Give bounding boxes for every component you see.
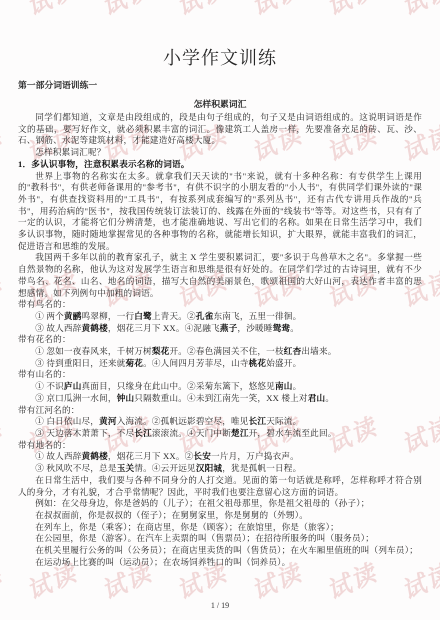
paragraph: 在机关里履行公务的叫（公务员）；在商店里卖货的叫（售货员）；在火车厢里值班的叫（… [18, 545, 422, 557]
text-segment: 。 [290, 323, 299, 333]
text-segment: 在日常生活中，我们要与各种不同身分的人打交道。见面的第一句话就是称呼，怎样称呼才… [18, 475, 422, 497]
paragraph: ③ 天边落木萧萧下，不尽长江滚滚流。④天门中断楚江开，碧水车流至此回。 [18, 428, 422, 440]
text-segment: 例如：在父母身边，你是爸妈的（儿子）；在祖父祖母那里，你是祖父祖母的（孙子）； [35, 498, 369, 508]
paragraph: ③ 故人西辞黄鹤楼，烟花三月下 XX。④泥融飞燕子，沙暖睡鸳鸯。 [18, 323, 422, 335]
paragraph: 带有鸟名的： [18, 299, 422, 311]
paragraph: 在列车上，你是（乘客）；在商店里，你是（顾客）；在旅馆里，你是（旅客）； [18, 522, 422, 534]
page-number: 1 / 19 [0, 601, 440, 610]
text-segment: ① 故人西辞 [35, 451, 81, 461]
text-segment: 。 [293, 381, 302, 391]
paragraph: 世界上事物的名称实在太多。就拿我们天天读的"书"来说，就有十多种名称：有专供学生… [18, 171, 422, 253]
paragraph: 我国两千多年以前的教育家孔子，就主 X 学生要积累词汇，要"多识于鸟兽草木之名"… [18, 252, 422, 299]
paragraph: 怎样积累词汇呢？ [18, 147, 422, 159]
trial-watermark: 试读 [95, 0, 157, 22]
text-segment: 东南飞，五里一徘徊。 [213, 311, 301, 321]
highlighted-term: 黄鹤楼 [82, 451, 108, 461]
text-segment: 同学们都知道，文章是由段组成的，段是由句子组成的，句子又是由词语组成的。这说明词… [18, 112, 422, 145]
text-segment: 一片月，万户捣衣声。 [211, 451, 299, 461]
paragraph: 带有山名的： [18, 369, 422, 381]
text-segment: 始盛开。 [266, 358, 301, 368]
text-segment: 在列车上，你是（乘客）；在商店里，你是（顾客）；在旅馆里，你是（旅客）； [35, 522, 339, 532]
section-heading: 第一部分词语训练一 [18, 78, 422, 91]
paragraph: 1．多认识事物，注意积累表示名称的词语。 [18, 159, 422, 171]
text-segment: 在机关里履行公务的叫（公务员）；在商店里卖货的叫（售货员）；在火车厢里值班的叫（… [35, 545, 418, 555]
text-segment: 带有山名的： [18, 369, 71, 379]
highlighted-term: 燕子 [220, 323, 238, 333]
paragraph: 带有地名的： [18, 440, 422, 452]
text-segment: 入海流。②孤帆远影碧空尽，唯见 [117, 416, 249, 426]
text-segment: ③ 秋风吹不尽，总是 [35, 463, 117, 473]
trial-watermark: 试读 [170, 0, 232, 22]
highlighted-term: 长江 [134, 428, 152, 438]
highlighted-term: 钟山 [117, 393, 135, 403]
highlighted-term: 长安 [193, 451, 211, 461]
highlighted-term: 桃花 [249, 358, 267, 368]
trial-watermark: 试读 [0, 115, 7, 168]
text-segment: ③ 待到重阳日，还来就 [35, 358, 125, 368]
text-segment: 。 [325, 393, 334, 403]
paragraph: 带有江河名的： [18, 405, 422, 417]
text-segment: 带有花名的： [18, 334, 71, 344]
text-segment: 在运动场上比赛的叫（运动员）；在农场饲养牲口的叫（饲养员）。 [35, 557, 290, 567]
paragraph: ③ 京口瓜洲一水间，钟山只隔数重山。④未到江南先一笑，XX 楼上对君山。 [18, 393, 422, 405]
text-segment: 我国两千多年以前的教育家孔子，就主 X 学生要积累词汇，要"多识于鸟兽草木之名"… [18, 252, 422, 297]
highlighted-term: 菊花 [125, 358, 143, 368]
paragraph: 带有花名的： [18, 334, 422, 346]
trial-watermark: 试读 [395, 0, 440, 22]
text-segment: ，烟花三月下 XX。④泥融飞 [108, 323, 220, 333]
highlighted-term: 楚江 [231, 428, 249, 438]
highlighted-term: 君山 [308, 393, 326, 403]
trial-watermark: 试读 [0, 407, 7, 460]
text-segment: ，犹是孤帆一日程。 [222, 463, 301, 473]
highlighted-term: 鸳鸯 [273, 323, 291, 333]
text-segment: 滚滚流。④天门中断 [152, 428, 231, 438]
document-page: 试读试读试读试读试读试读试读试读试读试读试读试读试读试读试读试读试读试读试读试读… [0, 0, 440, 620]
highlighted-term: 玉关 [117, 463, 135, 473]
highlighted-term: 白鹭 [134, 311, 152, 321]
highlighted-term: 1．多认识事物，注意积累表示名称的词语。 [18, 159, 190, 169]
highlighted-term: 孔雀 [196, 311, 214, 321]
text-segment: 带有地名的： [18, 440, 71, 450]
text-segment: ① 两个 [35, 311, 64, 321]
text-segment: ，沙暖睡 [237, 323, 272, 333]
text-segment: ，烟花三月下 XX。② [108, 451, 194, 461]
paragraph: ① 白日依山尽，黄河入海流。②孤帆远影碧空尽，唯见长江天际流。 [18, 416, 422, 428]
text-segment: 在叔叔面前，你是叔叔的（侄子）；在舅舅家里，你是舅舅的（外甥）。 [35, 510, 308, 520]
trial-watermark: 试读 [20, 0, 82, 22]
text-segment: 在公园里，你是（游客）。在汽车上卖票的叫（售票员）；在招待所服务的叫（服务员）； [35, 533, 374, 543]
text-segment: ③ 天边落木萧萧下，不尽 [35, 428, 134, 438]
text-segment: 开，碧水车流至此回。 [249, 428, 337, 438]
highlighted-term: 梨花 [152, 346, 170, 356]
text-segment: ① 白日依山尽， [35, 416, 99, 426]
text-segment: 天际流。 [266, 416, 301, 426]
trial-watermark: 试读 [0, 553, 7, 606]
paragraph: 在叔叔面前，你是叔叔的（侄子）；在舅舅家里，你是舅舅的（外甥）。 [18, 510, 422, 522]
text-segment: ③ 京口瓜洲一水间， [35, 393, 117, 403]
document-body: 同学们都知道，文章是由段组成的，段是由句子组成的，句子又是由词语组成的。这说明词… [18, 112, 422, 568]
text-segment: 带有江河名的： [18, 405, 80, 415]
highlighted-term: 黄鹂 [64, 311, 82, 321]
trial-watermark: 试读 [0, 0, 7, 22]
text-segment: 。④人间四月芳菲尽，山寺 [143, 358, 249, 368]
highlighted-term: 黄鹤楼 [82, 323, 108, 333]
trial-watermark: 试读 [245, 0, 307, 22]
text-segment: 鸣翠柳，一行 [82, 311, 135, 321]
paragraph: ① 不识庐山真面目，只缘身在此山中。②采菊东篱下，悠悠见南山。 [18, 381, 422, 393]
text-segment: 怎样积累词汇呢？ [35, 147, 105, 157]
highlighted-term: 南山 [275, 381, 293, 391]
trial-watermark: 试读 [320, 0, 382, 22]
text-segment: 上青天。② [152, 311, 196, 321]
paragraph: 在运动场上比赛的叫（运动员）；在农场饲养牲口的叫（饲养员）。 [18, 557, 422, 569]
sub-heading: 怎样积累词汇 [18, 97, 422, 110]
text-segment: ① 不识 [35, 381, 64, 391]
text-segment: 世界上事物的名称实在太多。就拿我们天天读的"书"来说，就有十多种名称：有专供学生… [18, 171, 422, 251]
paragraph: 在公园里，你是（游客）。在汽车上卖票的叫（售票员）；在招待所服务的叫（服务员）； [18, 533, 422, 545]
paragraph: ③ 秋风吹不尽，总是玉关情。④云开远见汉阳城，犹是孤帆一日程。 [18, 463, 422, 475]
page-title: 小学作文训练 [18, 44, 422, 70]
paragraph: 例如：在父母身边，你是爸妈的（儿子）；在祖父祖母那里，你是祖父祖母的（孙子）； [18, 498, 422, 510]
text-segment: 只隔数重山。④未到江南先一笑，XX 楼上对 [134, 393, 307, 403]
text-segment: ③ 故人西辞 [35, 323, 81, 333]
text-segment: 带有鸟名的： [18, 299, 71, 309]
document-content: 小学作文训练 第一部分词语训练一 怎样积累词汇 同学们都知道，文章是由段组成的，… [18, 44, 422, 568]
text-segment: ① 忽如一夜春风来，千树万树 [35, 346, 152, 356]
highlighted-term: 汉阳城 [196, 463, 222, 473]
highlighted-term: 红杏 [284, 346, 302, 356]
highlighted-term: 庐山 [64, 381, 82, 391]
paragraph: ① 两个黄鹂鸣翠柳，一行白鹭上青天。②孔雀东南飞，五里一徘徊。 [18, 311, 422, 323]
paragraph: ③ 待到重阳日，还来就菊花。④人间四月芳菲尽，山寺桃花始盛开。 [18, 358, 422, 370]
highlighted-term: 长江 [249, 416, 267, 426]
text-segment: 出墙来。 [301, 346, 336, 356]
text-segment: 情。④云开远见 [134, 463, 196, 473]
trial-watermark: 试读 [0, 261, 7, 314]
paragraph: ① 故人西辞黄鹤楼，烟花三月下 XX。②长安一片月，万户捣衣声。 [18, 451, 422, 463]
highlighted-term: 黄河 [99, 416, 117, 426]
paragraph: ① 忽如一夜春风来，千树万树梨花开。②春色满园关不住，一枝红杏出墙来。 [18, 346, 422, 358]
text-segment: 真面目，只缘身在此山中。②采菊东篱下，悠悠见 [82, 381, 275, 391]
paragraph: 同学们都知道，文章是由段组成的，段是由句子组成的，句子又是由词语组成的。这说明词… [18, 112, 422, 147]
text-segment: 开。②春色满园关不住，一枝 [169, 346, 283, 356]
paragraph: 在日常生活中，我们要与各种不同身分的人打交道。见面的第一句话就是称呼，怎样称呼才… [18, 475, 422, 498]
